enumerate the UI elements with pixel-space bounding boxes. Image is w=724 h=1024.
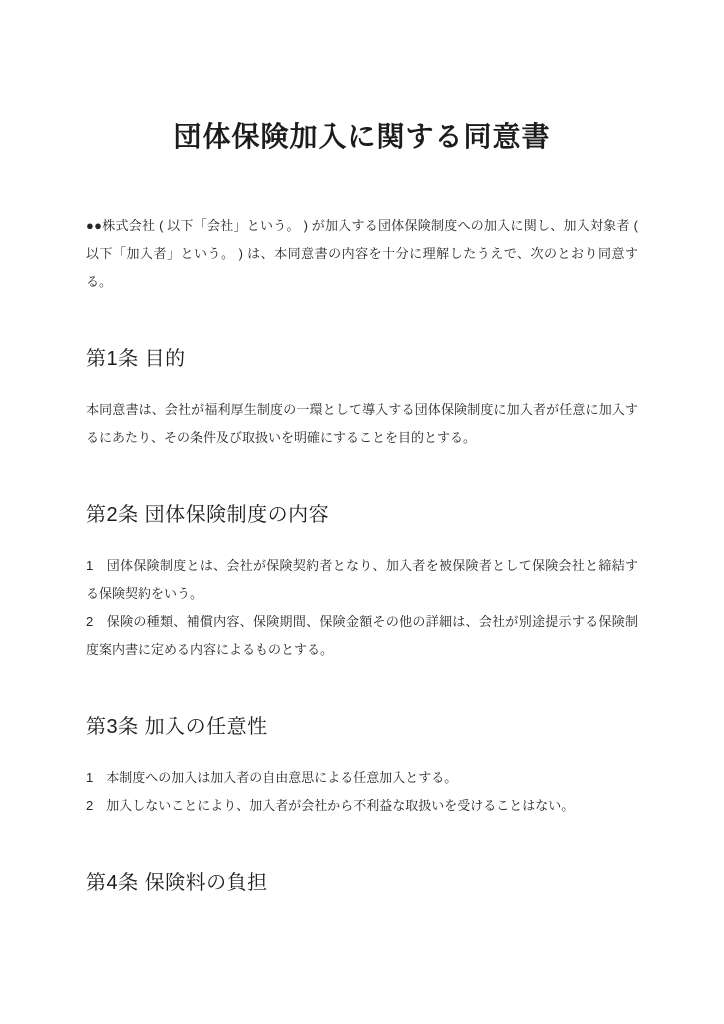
section-article-3: 第3条 加入の任意性 1 本制度への加入は加入者の自由意思による任意加入とする。… bbox=[86, 712, 638, 820]
article-3-heading: 第3条 加入の任意性 bbox=[86, 712, 638, 742]
document-title: 団体保険加入に関する同意書 bbox=[86, 120, 638, 154]
section-article-1: 第1条 目的 本同意書は、会社が福利厚生制度の一環として導入する団体保険制度に加… bbox=[86, 344, 638, 452]
article-3-item-1: 1 本制度への加入は加入者の自由意思による任意加入とする。 bbox=[86, 764, 638, 792]
section-article-4: 第4条 保険料の負担 bbox=[86, 868, 638, 898]
article-2-heading: 第2条 団体保険制度の内容 bbox=[86, 500, 638, 530]
article-4-heading: 第4条 保険料の負担 bbox=[86, 868, 638, 898]
article-2-item-2: 2 保険の種類、補償内容、保険期間、保険金額その他の詳細は、会社が別途提示する保… bbox=[86, 608, 638, 664]
article-2-item-1: 1 団体保険制度とは、会社が保険契約者となり、加入者を被保険者として保険会社と締… bbox=[86, 552, 638, 608]
article-3-item-2: 2 加入しないことにより、加入者が会社から不利益な取扱いを受けることはない。 bbox=[86, 792, 638, 820]
intro-paragraph: ●●株式会社 ( 以下「会社」という。 ) が加入する団体保険制度への加入に関し… bbox=[86, 212, 638, 296]
article-1-heading: 第1条 目的 bbox=[86, 344, 638, 374]
article-1-paragraph: 本同意書は、会社が福利厚生制度の一環として導入する団体保険制度に加入者が任意に加… bbox=[86, 396, 638, 452]
section-article-2: 第2条 団体保険制度の内容 1 団体保険制度とは、会社が保険契約者となり、加入者… bbox=[86, 500, 638, 664]
document-page: 団体保険加入に関する同意書 ●●株式会社 ( 以下「会社」という。 ) が加入す… bbox=[0, 0, 724, 1024]
